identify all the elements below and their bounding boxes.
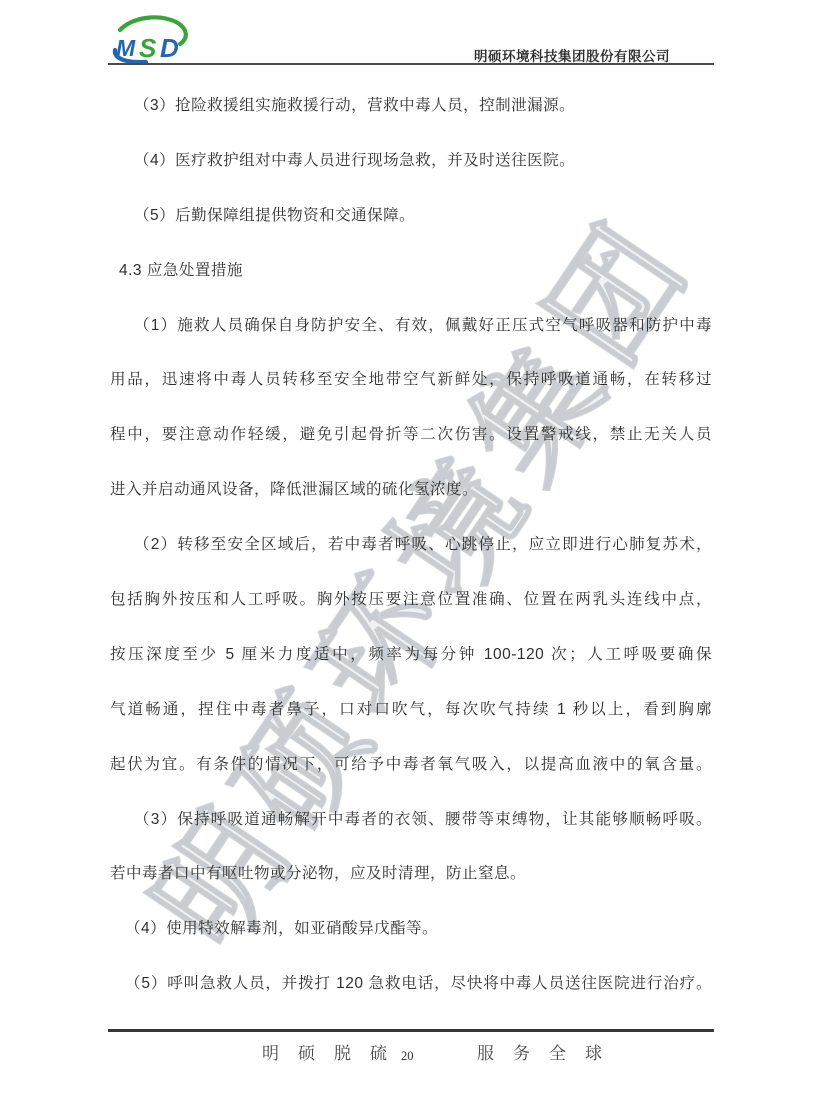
body-line: 按压深度至少 5 厘米力度适中，频率为每分钟 100-120 次；人工呼吸要确保 bbox=[110, 628, 712, 683]
body-line: 程中，要注意动作轻缓，避免引起骨折等二次伤害。设置警戒线，禁止无关人员 bbox=[110, 408, 712, 463]
body-line: （5）呼叫急救人员，并拨打 120 急救电话，尽快将中毒人员送往医院进行治疗。 bbox=[110, 957, 712, 1012]
document-page: 明硕环境集团 M S D 明硕环境科技集团股份有限公司 （3）抢险救援组实施救援… bbox=[0, 0, 822, 1096]
body-line: 若中毒者口中有呕吐物或分泌物，应及时清理，防止窒息。 bbox=[110, 847, 712, 902]
document-body: （3）抢险救援组实施救援行动，营救中毒人员，控制泄漏源。 （4）医疗救护组对中毒… bbox=[110, 79, 712, 1012]
header-divider bbox=[108, 63, 714, 65]
body-line: （4）使用特效解毒剂，如亚硝酸异戊酯等。 bbox=[110, 902, 712, 957]
body-line: 包括胸外按压和人工呼吸。胸外按压要注意位置准确、位置在两乳头连线中点， bbox=[110, 573, 712, 628]
body-line: （3）抢险救援组实施救援行动，营救中毒人员，控制泄漏源。 bbox=[110, 79, 712, 134]
footer-slogan-right: 服务全球 bbox=[477, 1039, 621, 1064]
body-line: （5）后勤保障组提供物资和交通保障。 bbox=[110, 189, 712, 244]
body-line: （4）医疗救护组对中毒人员进行现场急救，并及时送往医院。 bbox=[110, 134, 712, 189]
footer-divider bbox=[108, 1029, 714, 1032]
company-name: 明硕环境科技集团股份有限公司 bbox=[474, 45, 670, 65]
body-line: 进入并启动通风设备，降低泄漏区域的硫化氢浓度。 bbox=[110, 463, 712, 518]
body-line: 用品，迅速将中毒人员转移至安全地带空气新鲜处，保持呼吸道通畅，在转移过 bbox=[110, 353, 712, 408]
body-line: （2）转移至安全区域后，若中毒者呼吸、心跳停止，应立即进行心肺复苏术， bbox=[110, 518, 712, 573]
logo-letter-s: S bbox=[139, 33, 157, 63]
section-heading: 4.3 应急处置措施 bbox=[110, 244, 712, 299]
body-line: （1）施救人员确保自身防护安全、有效，佩戴好正压式空气呼吸器和防护中毒 bbox=[110, 299, 712, 354]
company-logo: M S D bbox=[110, 14, 194, 66]
logo-letter-d: D bbox=[160, 33, 179, 63]
body-line: 气道畅通，捏住中毒者鼻子，口对口吹气，每次吹气持续 1 秒以上，看到胸廓 bbox=[110, 683, 712, 738]
logo-letter-m: M bbox=[116, 35, 136, 61]
body-line: （3）保持呼吸道通畅解开中毒者的衣领、腰带等束缚物，让其能够顺畅呼吸。 bbox=[110, 793, 712, 848]
body-line: 起伏为宜。有条件的情况下，可给予中毒者氧气吸入，以提高血液中的氧含量。 bbox=[110, 738, 712, 793]
footer-slogan-left: 明硕脱硫 bbox=[262, 1039, 406, 1064]
page-number: 20 bbox=[401, 1049, 414, 1064]
